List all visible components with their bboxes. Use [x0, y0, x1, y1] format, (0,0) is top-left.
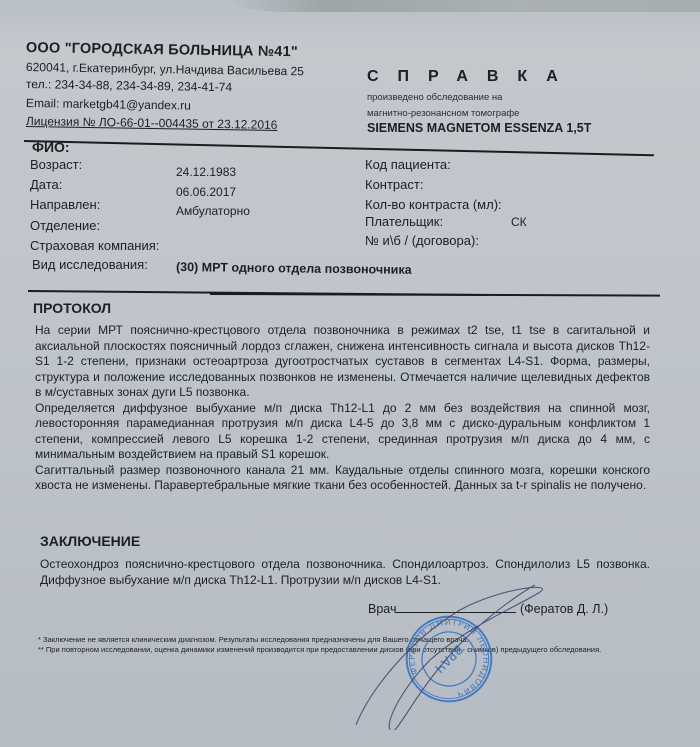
protocol-title: ПРОТОКОЛ: [33, 300, 111, 316]
fio-label: ФИО:: [32, 139, 70, 155]
organization-email: Email: marketgb41@yandex.ru: [26, 96, 191, 113]
organization-license: Лицензия № ЛО-66-01--004435 от 23.12.201…: [26, 114, 278, 132]
certificate-title: СПРАВКА: [367, 68, 577, 86]
insurance-label: Страховая компания:: [30, 238, 159, 253]
header-divider: [24, 140, 654, 156]
age-label: Возраст:: [30, 157, 82, 172]
date-value: 06.06.2017: [176, 185, 236, 199]
contrast-amount-label: Кол-во контраста (мл):: [365, 197, 502, 212]
protocol-paragraph: На серии МРТ пояснично-крестцового отдел…: [35, 323, 650, 401]
organization-address: 620041, г.Екатеринбург, ул.Начдива Васил…: [26, 60, 304, 78]
protocol-paragraph: Сагиттальный размер позвоночного канала …: [35, 463, 650, 494]
patient-code-label: Код пациента:: [365, 157, 451, 172]
mri-device-name: SIEMENS MAGNETOM ESSENZA 1,5T: [367, 121, 591, 135]
conclusion-title: ЗАКЛЮЧЕНИЕ: [40, 533, 140, 549]
date-label: Дата:: [30, 177, 62, 192]
conclusion-text: Остеохондроз пояснично-крестцового отдел…: [40, 557, 650, 588]
organization-name: ООО "ГОРОДСКАЯ БОЛЬНИЦА №41": [26, 40, 298, 60]
patient-info-divider-2: [210, 293, 660, 297]
referral-label: Направлен:: [30, 197, 100, 212]
conclusion-body: Остеохондроз пояснично-крестцового отдел…: [40, 557, 650, 588]
protocol-paragraph: Определяется диффузное выбухание м/п дис…: [35, 401, 650, 463]
organization-phones: тел.: 234-34-88, 234-34-89, 234-41-74: [26, 77, 232, 94]
protocol-body: На серии МРТ пояснично-крестцового отдел…: [35, 323, 650, 494]
mri-certificate-document: ООО "ГОРОДСКАЯ БОЛЬНИЦА №41" 620041, г.Е…: [0, 0, 700, 747]
contract-number-label: № и\б / (договора):: [365, 233, 479, 248]
certificate-subtitle-2: магнитно-резонансном томографе: [367, 108, 519, 119]
study-type-label: Вид исследования:: [32, 257, 148, 272]
department-label: Отделение:: [30, 218, 100, 233]
referral-value: Амбулаторно: [176, 204, 250, 218]
certificate-subtitle-1: произведено обследование на: [367, 92, 502, 103]
contrast-label: Контраст:: [365, 177, 423, 192]
study-type-value: (30) МРТ одного отдела позвоночника: [176, 260, 412, 277]
age-value: 24.12.1983: [176, 165, 236, 179]
handwritten-signature: [350, 580, 550, 730]
payer-value: СК: [511, 215, 527, 229]
payer-label: Плательщик:: [365, 214, 443, 229]
